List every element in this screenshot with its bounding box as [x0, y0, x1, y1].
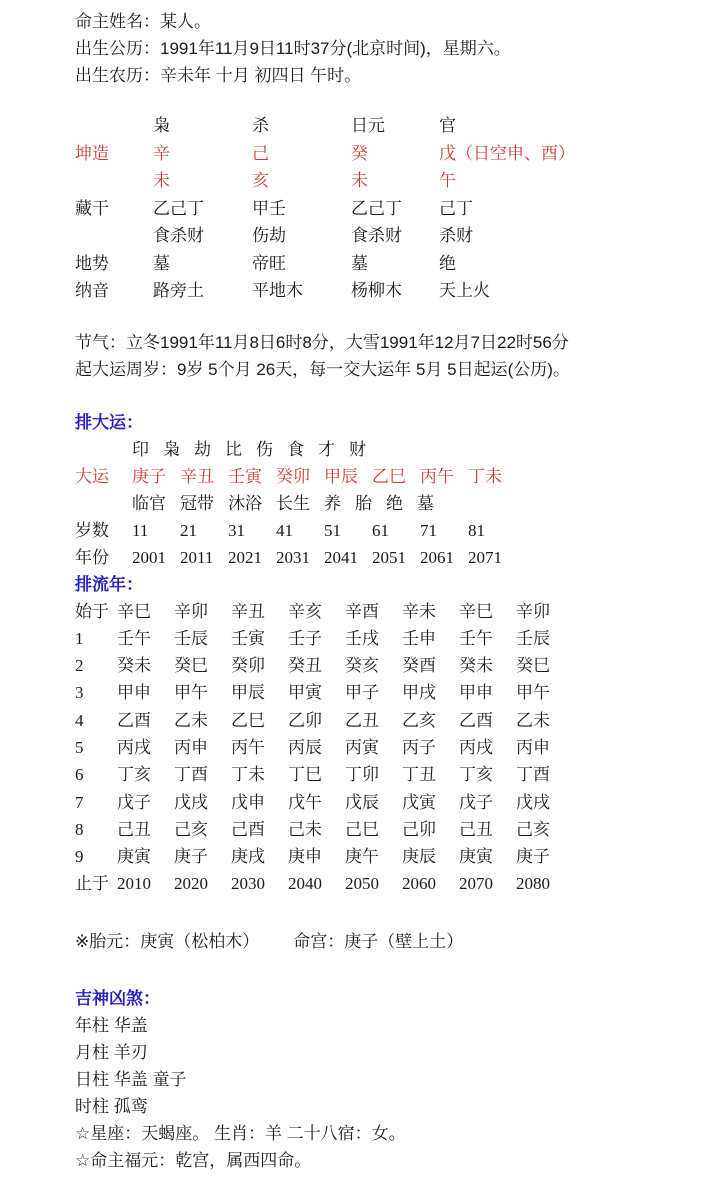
liunian-cell: 乙酉	[117, 707, 174, 734]
bazi-chart-page: 命主姓名：某人。 出生公历：1991年11月9日11时37分(北京时间)，星期六…	[0, 0, 716, 1174]
liunian-cell: 丁丑	[402, 761, 459, 788]
dayun-god: 才	[318, 436, 335, 463]
liunian-cell: 辛卯	[174, 598, 231, 625]
dishi-cell: 绝	[439, 250, 698, 278]
year-cell: 2061	[420, 544, 468, 571]
liunian-row-label: 1	[75, 625, 117, 652]
pillar-branch: 午	[439, 167, 698, 195]
liunian-row: 1 壬午 壬辰 壬寅 壬子 壬戌 壬申 壬午 壬辰	[75, 625, 698, 652]
liunian-row: 7 戊子 戊戌 戊申 戊午 戊辰 戊寅 戊子 戊戌	[75, 789, 698, 816]
pillar-branch: 未	[351, 167, 439, 195]
changsheng-cell: 墓	[417, 490, 434, 517]
dayun-label: 大运	[75, 463, 132, 490]
dishi-label: 地势	[75, 250, 153, 278]
liunian-cell: 丙申	[516, 734, 573, 761]
liunian-row: 3 甲申 甲午 甲辰 甲寅 甲子 甲戌 甲申 甲午	[75, 679, 698, 706]
liunian-cell: 己亥	[174, 816, 231, 843]
liunian-cell: 2080	[516, 870, 573, 897]
pillar-god: 枭	[153, 112, 252, 140]
liunian-cell: 癸酉	[402, 652, 459, 679]
liunian-cell: 丁巳	[288, 761, 345, 788]
canggan-cell: 甲壬	[252, 195, 351, 223]
liunian-row: 6 丁亥 丁酉 丁未 丁巳 丁卯 丁丑 丁亥 丁酉	[75, 761, 698, 788]
liunian-cell: 2020	[174, 870, 231, 897]
pillar-god: 官	[439, 112, 698, 140]
year-cell: 2031	[276, 544, 324, 571]
liunian-cell: 庚午	[345, 843, 402, 870]
dayun-god: 食	[287, 436, 304, 463]
taiyuan-text: ※胎元：庚寅（松柏木）	[75, 932, 259, 951]
liunian-cell: 己卯	[402, 816, 459, 843]
liunian-cell: 甲辰	[231, 679, 288, 706]
liunian-cell: 2070	[459, 870, 516, 897]
liunian-cell: 庚辰	[402, 843, 459, 870]
dayun-gods-row: 印 枭 劫 比 伤 食 才 财	[75, 436, 698, 463]
liunian-cell: 庚子	[516, 843, 573, 870]
taiyuan-minggong-line: ※胎元：庚寅（松柏木）命宫：庚子（壁上土）	[75, 928, 698, 955]
liunian-cell: 乙亥	[402, 707, 459, 734]
liunian-row: 2 癸未 癸巳 癸卯 癸丑 癸亥 癸酉 癸未 癸巳	[75, 652, 698, 679]
age-cell: 21	[180, 517, 228, 544]
pillar-stems-row: 坤造 辛 己 癸 戊（日空申、酉）	[75, 140, 698, 168]
changsheng-cell: 绝	[386, 490, 403, 517]
dishi-row: 地势 墓 帝旺 墓 绝	[75, 250, 698, 278]
liunian-cell: 壬午	[117, 625, 174, 652]
liunian-cell: 戊子	[459, 789, 516, 816]
dayun-god: 印	[132, 436, 149, 463]
dayun-changsheng-row: 临官 冠带 沐浴 长生 养 胎 绝 墓	[75, 490, 698, 517]
dayun-ganzhi-row: 大运 庚子 辛丑 壬寅 癸卯 甲辰 乙巳 丙午 丁未	[75, 463, 698, 490]
dayun-ages-row: 岁数 11 21 31 41 51 61 71 81	[75, 517, 698, 544]
year-cell: 2011	[180, 544, 228, 571]
liunian-row-label: 7	[75, 789, 117, 816]
hidden-god-cell: 杀财	[439, 222, 698, 250]
liunian-cell: 己丑	[117, 816, 174, 843]
minggong-text: 命宫：庚子（壁上土）	[293, 932, 463, 951]
shensha-item-day: 日柱 华盖 童子	[75, 1066, 698, 1093]
nayin-cell: 杨柳木	[351, 277, 439, 305]
pillar-stem: 癸	[351, 140, 439, 168]
ages-label: 岁数	[75, 517, 132, 544]
liunian-row: 4 乙酉 乙未 乙巳 乙卯 乙丑 乙亥 乙酉 乙未	[75, 707, 698, 734]
dishi-cell: 墓	[351, 250, 439, 278]
liunian-cell: 甲戌	[402, 679, 459, 706]
liunian-cell: 戊戌	[516, 789, 573, 816]
shensha-section-title: 吉神凶煞：	[75, 985, 698, 1012]
liunian-cell: 庚戌	[231, 843, 288, 870]
dayun-god: 伤	[256, 436, 273, 463]
pillar-branch: 亥	[252, 167, 351, 195]
liunian-cell: 庚寅	[459, 843, 516, 870]
liunian-cell: 癸亥	[345, 652, 402, 679]
year-cell: 2071	[468, 544, 516, 571]
liunian-cell: 戊午	[288, 789, 345, 816]
liunian-cell: 己巳	[345, 816, 402, 843]
liunian-cell: 庚寅	[117, 843, 174, 870]
liunian-cell: 2040	[288, 870, 345, 897]
year-cell: 2021	[228, 544, 276, 571]
liunian-cell: 戊申	[231, 789, 288, 816]
canggan-label: 藏干	[75, 195, 153, 223]
year-cell: 2001	[132, 544, 180, 571]
liunian-cell: 癸巳	[174, 652, 231, 679]
liunian-cell: 癸丑	[288, 652, 345, 679]
changsheng-cell: 养	[324, 490, 341, 517]
liunian-row-label: 2	[75, 652, 117, 679]
liunian-cell: 壬戌	[345, 625, 402, 652]
age-cell: 81	[468, 517, 516, 544]
changsheng-cell: 沐浴	[228, 490, 262, 517]
liunian-cell: 丁酉	[174, 761, 231, 788]
dayun-god: 财	[349, 436, 366, 463]
canggan-cell: 乙己丁	[153, 195, 252, 223]
dayun-ganzhi: 丁未	[468, 463, 516, 490]
year-cell: 2051	[372, 544, 420, 571]
pillar-branches-row: 未 亥 未 午	[75, 167, 698, 195]
nayin-cell: 路旁土	[153, 277, 252, 305]
liunian-cell: 丙子	[402, 734, 459, 761]
dayun-ganzhi: 辛丑	[180, 463, 228, 490]
liunian-cell: 戊寅	[402, 789, 459, 816]
liunian-cell: 壬申	[402, 625, 459, 652]
owner-name-line: 命主姓名：某人。	[75, 8, 698, 35]
qidayun-line: 起大运周岁：9岁 5个月 26天，每一交大运年 5月 5日起运(公历)。	[75, 356, 698, 383]
liunian-cell: 己亥	[516, 816, 573, 843]
star-sign-line: ☆星座：天蝎座。 生肖：羊 二十八宿：女。	[75, 1120, 698, 1147]
liunian-row-label: 5	[75, 734, 117, 761]
liunian-cell: 戊子	[117, 789, 174, 816]
hidden-god-cell: 食杀财	[153, 222, 252, 250]
liunian-row: 止于 2010 2020 2030 2040 2050 2060 2070 20…	[75, 870, 698, 897]
age-cell: 11	[132, 517, 180, 544]
liunian-cell: 2030	[231, 870, 288, 897]
liunian-cell: 丁亥	[117, 761, 174, 788]
liunian-cell: 戊辰	[345, 789, 402, 816]
liunian-cell: 丁未	[231, 761, 288, 788]
pillar-god: 杀	[252, 112, 351, 140]
hidden-god-cell: 食杀财	[351, 222, 439, 250]
liunian-cell: 甲子	[345, 679, 402, 706]
dishi-cell: 帝旺	[252, 250, 351, 278]
liunian-cell: 癸未	[117, 652, 174, 679]
liunian-cell: 壬子	[288, 625, 345, 652]
changsheng-cell: 胎	[355, 490, 372, 517]
jieqi-line: 节气：立冬1991年11月8日6时8分，大雪1991年12月7日22时56分	[75, 329, 698, 356]
lunar-birth-line: 出生农历：辛未年 十月 初四日 午时。	[75, 62, 698, 89]
liunian-cell: 己未	[288, 816, 345, 843]
liunian-cell: 癸未	[459, 652, 516, 679]
canggan-cell: 乙己丁	[351, 195, 439, 223]
canggan-cell: 己丁	[439, 195, 698, 223]
nayin-cell: 天上火	[439, 277, 698, 305]
dayun-god: 比	[225, 436, 242, 463]
liunian-cell: 2010	[117, 870, 174, 897]
liunian-row: 8 己丑 己亥 己酉 己未 己巳 己卯 己丑 己亥	[75, 816, 698, 843]
pillar-god: 日元	[351, 112, 439, 140]
dayun-ganzhi: 壬寅	[228, 463, 276, 490]
dishi-cell: 墓	[153, 250, 252, 278]
pillar-gods-row: 枭 杀 日元 官	[75, 112, 698, 140]
liunian-cell: 丙申	[174, 734, 231, 761]
liunian-cell: 庚申	[288, 843, 345, 870]
liunian-cell: 辛巳	[117, 598, 174, 625]
jieqi-section: 节气：立冬1991年11月8日6时8分，大雪1991年12月7日22时56分 起…	[75, 329, 698, 383]
dayun-ganzhi: 乙巳	[372, 463, 420, 490]
pillar-stem: 己	[252, 140, 351, 168]
dayun-years-row: 年份 2001 2011 2021 2031 2041 2051 2061 20…	[75, 544, 698, 571]
liunian-cell: 己丑	[459, 816, 516, 843]
years-label: 年份	[75, 544, 132, 571]
liunian-cell: 乙丑	[345, 707, 402, 734]
nayin-label: 纳音	[75, 277, 153, 305]
liunian-cell: 辛亥	[288, 598, 345, 625]
liunian-cell: 乙卯	[288, 707, 345, 734]
liunian-row-label: 3	[75, 679, 117, 706]
liunian-cell: 己酉	[231, 816, 288, 843]
liunian-cell: 丙辰	[288, 734, 345, 761]
shensha-item-month: 月柱 羊刃	[75, 1039, 698, 1066]
hidden-gods-row: 食杀财 伤劫 食杀财 杀财	[75, 222, 698, 250]
liunian-cell: 辛巳	[459, 598, 516, 625]
age-cell: 41	[276, 517, 324, 544]
liunian-row-label: 9	[75, 843, 117, 870]
pillar-stem: 戊（日空申、酉）	[439, 140, 698, 168]
liunian-cell: 癸巳	[516, 652, 573, 679]
liunian-cell: 2060	[402, 870, 459, 897]
shensha-item-hour: 时柱 孤鸾	[75, 1093, 698, 1120]
liunian-row-label: 止于	[75, 870, 117, 897]
row-label-empty	[75, 222, 153, 250]
liunian-cell: 辛丑	[231, 598, 288, 625]
four-pillars-table: 枭 杀 日元 官 坤造 辛 己 癸 戊（日空申、酉） 未 亥 未 午 藏干 乙己…	[75, 112, 698, 305]
liunian-row-label: 始于	[75, 598, 117, 625]
liunian-row: 9 庚寅 庚子 庚戌 庚申 庚午 庚辰 庚寅 庚子	[75, 843, 698, 870]
liunian-row-label: 4	[75, 707, 117, 734]
kunzao-label: 坤造	[75, 140, 153, 168]
canggan-row: 藏干 乙己丁 甲壬 乙己丁 己丁	[75, 195, 698, 223]
dayun-god: 劫	[194, 436, 211, 463]
liunian-cell: 丙戌	[459, 734, 516, 761]
liunian-cell: 2050	[345, 870, 402, 897]
nayin-cell: 平地木	[252, 277, 351, 305]
pillar-branch: 未	[153, 167, 252, 195]
hidden-god-cell: 伤劫	[252, 222, 351, 250]
row-label-empty	[75, 167, 153, 195]
pillar-stem: 辛	[153, 140, 252, 168]
changsheng-cell: 临官	[132, 490, 166, 517]
age-cell: 71	[420, 517, 468, 544]
liunian-table: 始于 辛巳 辛卯 辛丑 辛亥 辛酉 辛未 辛巳 辛卯 1 壬午 壬辰 壬寅 壬子…	[75, 598, 698, 898]
liunian-cell: 丁卯	[345, 761, 402, 788]
liunian-cell: 甲午	[516, 679, 573, 706]
liunian-cell: 辛卯	[516, 598, 573, 625]
nayin-row: 纳音 路旁土 平地木 杨柳木 天上火	[75, 277, 698, 305]
dayun-section-title: 排大运：	[75, 409, 698, 436]
changsheng-cell: 冠带	[180, 490, 214, 517]
dayun-ganzhi: 庚子	[132, 463, 180, 490]
age-cell: 51	[324, 517, 372, 544]
age-cell: 61	[372, 517, 420, 544]
liunian-cell: 乙酉	[459, 707, 516, 734]
year-cell: 2041	[324, 544, 372, 571]
dayun-ganzhi: 丙午	[420, 463, 468, 490]
liunian-cell: 甲寅	[288, 679, 345, 706]
liunian-cell: 壬寅	[231, 625, 288, 652]
dayun-god: 枭	[163, 436, 180, 463]
liunian-cell: 甲午	[174, 679, 231, 706]
gregorian-birth-line: 出生公历：1991年11月9日11时37分(北京时间)，星期六。	[75, 35, 698, 62]
dayun-table: 印 枭 劫 比 伤 食 才 财 大运 庚子 辛丑 壬寅 癸卯 甲辰 乙巳 丙午 …	[75, 436, 698, 571]
liunian-cell: 乙未	[174, 707, 231, 734]
liunian-cell: 辛未	[402, 598, 459, 625]
liunian-cell: 戊戌	[174, 789, 231, 816]
changsheng-cell: 长生	[276, 490, 310, 517]
liunian-cell: 乙未	[516, 707, 573, 734]
liunian-cell: 壬辰	[516, 625, 573, 652]
liunian-cell: 壬午	[459, 625, 516, 652]
liunian-cell: 庚子	[174, 843, 231, 870]
liunian-cell: 辛酉	[345, 598, 402, 625]
dayun-ganzhi: 癸卯	[276, 463, 324, 490]
liunian-cell: 丁亥	[459, 761, 516, 788]
liunian-cell: 癸卯	[231, 652, 288, 679]
liunian-row: 始于 辛巳 辛卯 辛丑 辛亥 辛酉 辛未 辛巳 辛卯	[75, 598, 698, 625]
row-label-empty	[75, 112, 153, 140]
liunian-row: 5 丙戌 丙申 丙午 丙辰 丙寅 丙子 丙戌 丙申	[75, 734, 698, 761]
liunian-section-title: 排流年：	[75, 571, 698, 598]
liunian-row-label: 6	[75, 761, 117, 788]
liunian-cell: 壬辰	[174, 625, 231, 652]
fuyuan-line: ☆命主福元：乾宫，属西四命。	[75, 1147, 698, 1174]
liunian-row-label: 8	[75, 816, 117, 843]
age-cell: 31	[228, 517, 276, 544]
liunian-cell: 乙巳	[231, 707, 288, 734]
liunian-cell: 甲申	[459, 679, 516, 706]
dayun-ganzhi: 甲辰	[324, 463, 372, 490]
shensha-item-year: 年柱 华盖	[75, 1012, 698, 1039]
liunian-cell: 丙午	[231, 734, 288, 761]
liunian-cell: 丙寅	[345, 734, 402, 761]
liunian-cell: 甲申	[117, 679, 174, 706]
liunian-cell: 丁酉	[516, 761, 573, 788]
liunian-cell: 丙戌	[117, 734, 174, 761]
